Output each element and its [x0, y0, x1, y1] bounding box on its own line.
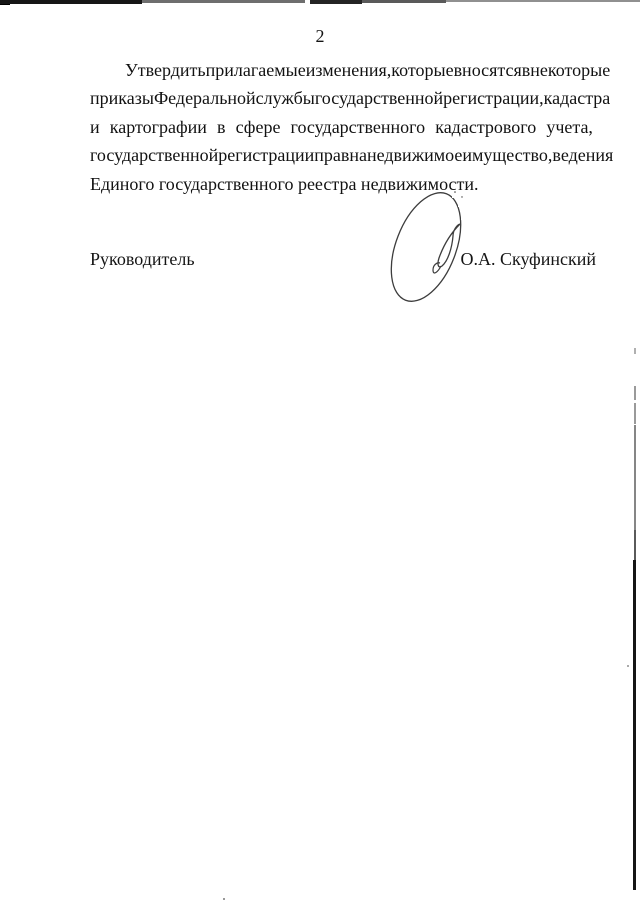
handwritten-signature-icon [376, 184, 471, 309]
word: кадастра [544, 84, 611, 112]
word: государственной [90, 141, 218, 169]
word: Федеральной [154, 84, 256, 112]
word: которые [391, 56, 453, 84]
scan-artifact-speck [223, 898, 225, 900]
scan-artifact-segment [446, 0, 640, 2]
paragraph-line: приказыФедеральнойслужбыгосударственнойр… [90, 84, 593, 112]
word: вносятся [454, 56, 522, 84]
scan-artifact-segment [0, 0, 142, 4]
page-number: 2 [0, 26, 640, 47]
scan-artifact-segment [634, 348, 636, 354]
word: службы [256, 84, 315, 112]
word: кадастрового [435, 113, 536, 141]
word: в [217, 113, 226, 141]
word: сфере [236, 113, 281, 141]
scan-artifact-segment [634, 530, 636, 560]
scan-artifact-segment [0, 0, 10, 5]
position-title: Руководитель [90, 249, 195, 270]
word: недвижимое [367, 141, 462, 169]
word: государственного [291, 113, 426, 141]
paragraph-line: икартографиивсферегосударственногокадаст… [90, 113, 593, 141]
word: прилагаемые [206, 56, 306, 84]
word: регистрации [218, 141, 314, 169]
scan-artifact-segment [634, 425, 636, 530]
paragraph-line: Утвердитьприлагаемыеизменения,которыевно… [90, 56, 593, 84]
signer-name: О.А. Скуфинский [461, 249, 596, 270]
scan-artifact-segment [634, 386, 636, 400]
word: ведения [552, 141, 613, 169]
word: прав [314, 141, 349, 169]
scan-artifact-segment [310, 0, 362, 4]
body-paragraph: Утвердитьприлагаемыеизменения,которыевно… [90, 56, 593, 198]
word: в [522, 56, 531, 84]
scan-artifact-speck [627, 665, 629, 667]
word: некоторые [530, 56, 610, 84]
word: изменения, [306, 56, 392, 84]
scan-artifact-segment [362, 0, 446, 3]
paragraph-line: Единого государственного реестра недвижи… [90, 170, 593, 198]
word: приказы [90, 84, 154, 112]
document-page: 2 Утвердитьприлагаемыеизменения,которыев… [0, 0, 640, 905]
word: картографии [110, 113, 207, 141]
word: на [349, 141, 367, 169]
paragraph-line: государственнойрегистрацииправнанедвижим… [90, 141, 593, 169]
word: имущество, [462, 141, 552, 169]
word: учета, [546, 113, 593, 141]
word: регистрации, [443, 84, 543, 112]
word: государственной [315, 84, 443, 112]
word: Утвердить [125, 56, 206, 84]
scan-artifact-segment [633, 560, 636, 890]
scan-artifact-segment [142, 0, 305, 3]
word: и [90, 113, 100, 141]
scan-artifact-segment [634, 403, 636, 424]
